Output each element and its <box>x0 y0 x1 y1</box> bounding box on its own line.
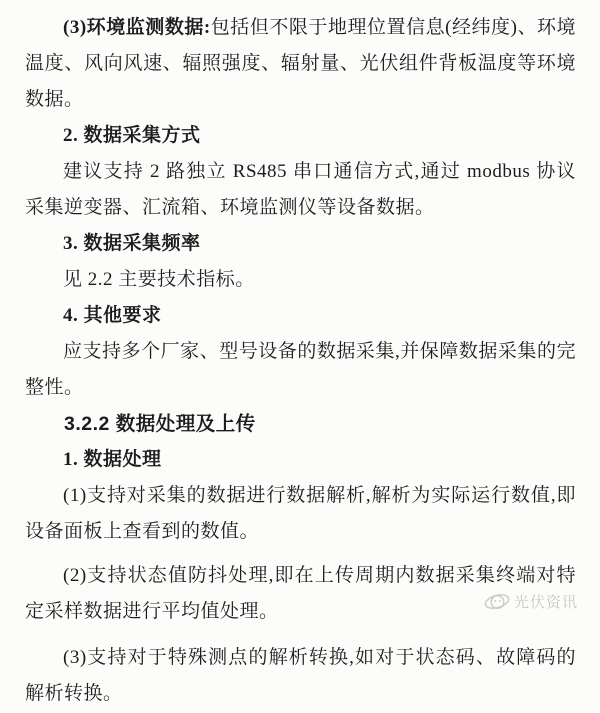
paragraph-multi-vendor-support: 应支持多个厂家、型号设备的数据采集,并保障数据采集的完整性。 <box>25 334 576 406</box>
env-data-bold-label: (3)环境监测数据: <box>63 17 211 38</box>
heading-data-processing: 1. 数据处理 <box>25 442 576 478</box>
paragraph-data-parsing: (1)支持对采集的数据进行数据解析,解析为实际运行数值,即设备面板上查看到的数值… <box>25 478 576 550</box>
panda-orbit-logo-icon <box>484 591 511 612</box>
document-page: (3)环境监测数据:包括但不限于地理位置信息(经纬度)、环境温度、风向风速、辐照… <box>0 0 600 713</box>
paragraph-see-tech-specs: 见 2.2 主要技术指标。 <box>25 262 576 298</box>
watermark-label: 光伏资讯 <box>514 591 578 612</box>
heading-other-requirements: 4. 其他要求 <box>25 298 576 334</box>
heading-data-collection-method: 2. 数据采集方式 <box>25 118 576 154</box>
paragraph-rs485-communication: 建议支持 2 路独立 RS485 串口通信方式,通过 modbus 协议采集逆变… <box>25 154 576 226</box>
watermark: 光伏资讯 <box>484 591 578 612</box>
heading-3-2-2-data-processing-upload: 3.2.2 数据处理及上传 <box>25 406 576 442</box>
paragraph-special-point-conversion: (3)支持对于特殊测点的解析转换,如对于状态码、故障码的解析转换。 <box>25 640 576 712</box>
paragraph-env-monitoring-data: (3)环境监测数据:包括但不限于地理位置信息(经纬度)、环境温度、风向风速、辐照… <box>25 10 576 118</box>
heading-data-collection-frequency: 3. 数据采集频率 <box>25 226 576 262</box>
